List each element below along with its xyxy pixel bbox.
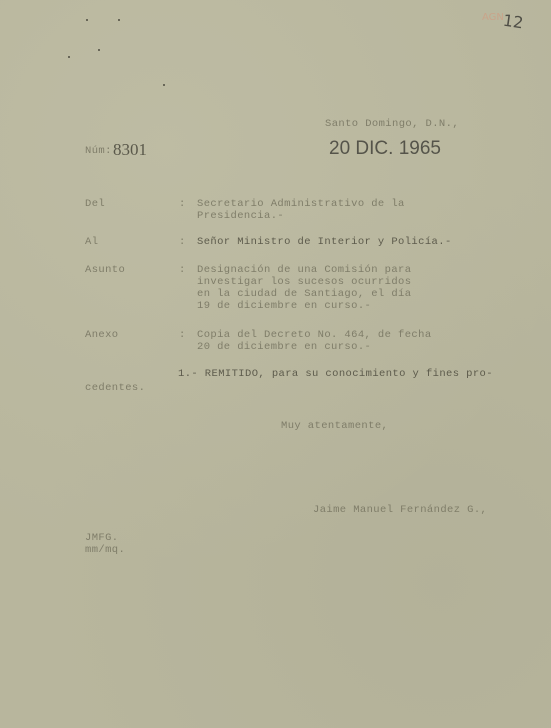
field-label-anexo: Anexo <box>85 330 119 341</box>
field-label-al: Al <box>85 237 98 248</box>
initials-line: mm/mq. <box>85 545 125 556</box>
paper-speck <box>118 19 120 21</box>
body-paragraph-line: cedentes. <box>85 383 145 394</box>
reference-label: Núm: <box>85 146 112 157</box>
field-value-line: en la ciudad de Santiago, el día <box>197 289 411 300</box>
field-value-line: Copia del Decreto No. 464, de fecha <box>197 330 432 341</box>
field-value-line: 19 de diciembre en curso.- <box>197 301 371 312</box>
closing: Muy atentamente, <box>281 421 388 432</box>
signature: Jaime Manuel Fernández G., <box>313 505 487 516</box>
body-paragraph-line: 1.- REMITIDO, para su conocimiento y fin… <box>178 369 493 380</box>
field-value-line: Señor Ministro de Interior y Policía.- <box>197 237 452 248</box>
field-value-line: Presidencia.- <box>197 211 284 222</box>
field-separator: : <box>179 237 186 248</box>
place-line: Santo Domingo, D.N., <box>325 119 459 130</box>
initials-line: JMFG. <box>85 533 119 544</box>
paper-speck <box>163 84 165 86</box>
field-value-line: 20 de diciembre en curso.- <box>197 342 371 353</box>
date-stamp: 20 DIC. 1965 <box>329 138 441 160</box>
field-separator: : <box>179 265 186 276</box>
page-number: 12 <box>502 11 525 33</box>
reference-number: 8301 <box>113 140 147 160</box>
field-separator: : <box>179 199 186 210</box>
paper-speck <box>98 49 100 51</box>
document-page <box>0 0 551 728</box>
paper-speck <box>68 56 70 58</box>
paper-speck <box>86 19 88 21</box>
archive-stamp: AGN <box>482 12 504 23</box>
field-label-del: Del <box>85 199 105 210</box>
field-separator: : <box>179 330 186 341</box>
field-value-line: investigar los sucesos ocurridos <box>197 277 411 288</box>
field-label-asunto: Asunto <box>85 265 125 276</box>
field-value-line: Designación de una Comisión para <box>197 265 411 276</box>
field-value-line: Secretario Administrativo de la <box>197 199 405 210</box>
